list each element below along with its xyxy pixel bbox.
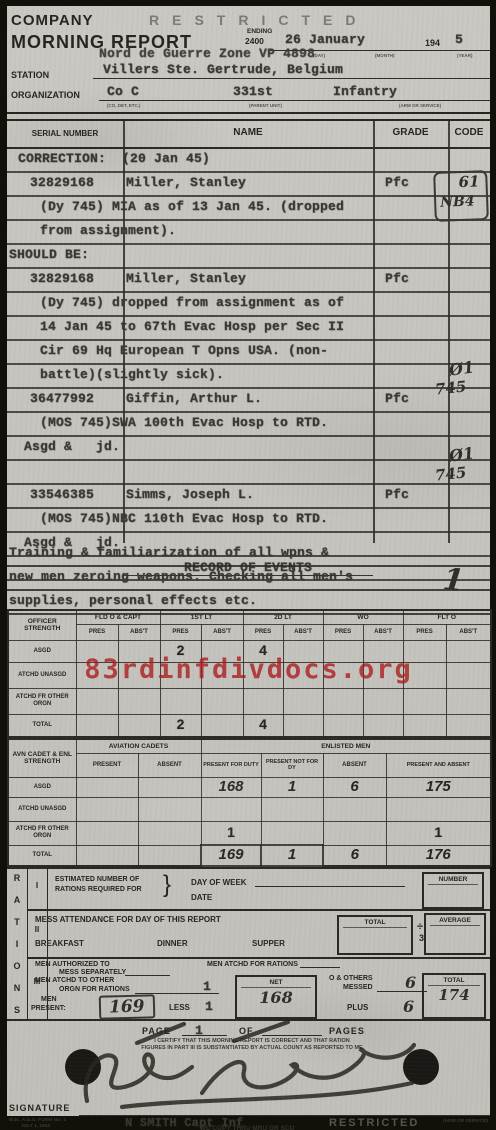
roster-line: 14 Jan 45 to 67th Evac Hosp per Sec II (40, 319, 344, 334)
plus-value: 6 (403, 997, 414, 1016)
roster-row: (MOS 745)SWA 100th Evac Hosp to RTD. (7, 413, 490, 437)
subhead-pres: PRES (76, 624, 118, 640)
rail-letter: N (14, 983, 21, 993)
report-date: 26 January (285, 32, 365, 47)
rations-rail: R A T I O N S (7, 869, 28, 1019)
officer-cell (403, 688, 446, 714)
roster-row: 33546385 Simms, Joseph L.Pfc (7, 485, 490, 509)
subhead-pres: PRES (403, 624, 446, 640)
officer-cell (323, 714, 363, 737)
number-box: NUMBER (422, 872, 484, 909)
col-present-and-absent: PRESENT AND ABSENT (386, 753, 491, 777)
men-atchd-other-line1: MEN ATCHD TO OTHER (35, 977, 114, 984)
enlisted-cell (201, 797, 261, 821)
roster-grade: Pfc (385, 175, 409, 190)
roster-grade: Pfc (385, 487, 409, 502)
subhead-abst: ABS'T (446, 624, 491, 640)
code-giffin-top: Ø1 (448, 357, 475, 379)
roster-line: (MOS 745)SWA 100th Evac Hosp to RTD. (40, 415, 328, 430)
events-line: Training & familiarization of all wpns & (9, 545, 329, 560)
roster-row: Asgd & jd. (7, 437, 490, 461)
officer-cell: 2 (160, 714, 201, 737)
enlisted-cell (138, 845, 201, 866)
events-row: supplies, personal effects etc. (7, 591, 490, 615)
enlisted-cell (138, 797, 201, 821)
roster-table: SERIAL NUMBER NAME GRADE CODE CORRECTION… (7, 121, 490, 543)
subhead-pres: PRES (323, 624, 363, 640)
officer-cell (243, 688, 283, 714)
roster-row (7, 461, 490, 485)
roster-row: battle)(slightly sick). (7, 365, 490, 389)
record-of-events: Training & familiarization of all wpns &… (7, 543, 490, 609)
organization-label: ORGANIZATION (11, 90, 80, 100)
station-rule (93, 78, 490, 79)
atchd-for-rations-line (300, 967, 340, 968)
roster-line: battle)(slightly sick). (40, 367, 224, 382)
roster-grade: Pfc (385, 271, 409, 286)
enlisted-cell: 1 (261, 845, 323, 866)
rail-letter: S (14, 1005, 20, 1015)
roster-row: 36477992 Giffin, Arthur L.Pfc (7, 389, 490, 413)
roster-row: from assignment). (7, 221, 490, 245)
signature-scrawl (62, 1021, 442, 1121)
present-label: PRESENT: (31, 1005, 66, 1012)
roster-line: 33546385 Simms, Joseph L. (30, 487, 254, 502)
enlisted-cell (323, 797, 386, 821)
rail-letter: I (16, 939, 19, 949)
officer-cell (363, 714, 403, 737)
roster-line: from assignment). (40, 223, 176, 238)
certification-area: PAGE 1 OF PAGES I CERTIFY THAT THIS MORN… (7, 1021, 490, 1129)
code-miller-bottom: NB4 (440, 194, 475, 211)
enlisted-row-label: ASGD (8, 777, 76, 797)
officer-cell: 4 (243, 714, 283, 737)
col-header-code: CODE (448, 127, 490, 138)
enlisted-cell: 176 (386, 845, 491, 866)
col-present-not-for-dy: PRESENT NOT FOR DY (261, 753, 323, 777)
enlisted-cell (76, 845, 138, 866)
roster-grade: Pfc (385, 391, 409, 406)
org-parent-sublabel: (PARENT UNIT) (249, 103, 282, 108)
dinner-label: DINNER (157, 939, 188, 948)
brace: } (163, 871, 171, 899)
form-header: COMPANY RESTRICTED MORNING REPORT ENDING… (7, 6, 490, 112)
officer-cell (118, 714, 160, 737)
o-and-others-value: 6 (405, 973, 416, 992)
col-present: PRESENT (76, 753, 138, 777)
code-simms-top: Ø1 (448, 443, 475, 465)
supper-label: SUPPER (252, 939, 285, 948)
day-of-week-label: DAY OF WEEK (191, 878, 247, 887)
station-label: STATION (11, 70, 49, 80)
restricted-stamp-top: RESTRICTED (149, 12, 368, 28)
roster-line: 32829168 Miller, Stanley (30, 175, 246, 190)
month-sublabel: (MONTH) (375, 53, 395, 58)
enlisted-row-label: ATCHD FR OTHER ORGN (8, 821, 76, 845)
col-absent: ABSENT (138, 753, 201, 777)
rations-total-box: TOTAL 174 (422, 973, 486, 1019)
station-value: Villers Ste. Gertrude, Belgium (103, 62, 343, 77)
roster-row: 32829168 Miller, StanleyPfc (7, 269, 490, 293)
men-atchd-for-rations: MEN ATCHD FOR RATIONS (207, 961, 298, 968)
officer-cell (201, 714, 243, 737)
officer-cell (446, 688, 491, 714)
date-label: DATE (191, 893, 212, 902)
handwritten-code-box: 61 NB4 (433, 170, 489, 222)
o-and-others-line1: O & OTHERS (329, 975, 373, 982)
enlisted-cell (386, 797, 491, 821)
enlisted-row-label: ATCHD UNASGD (8, 797, 76, 821)
code-miller-top: 61 (458, 172, 479, 191)
rail-letter: O (13, 961, 20, 971)
officer-cell (118, 688, 160, 714)
officer-row-label: ATCHD FR OTHER ORGN (8, 688, 76, 714)
enlisted-cell (76, 821, 138, 845)
enlisted-cell (261, 821, 323, 845)
roster-row: (Dy 745) MIA as of 13 Jan 45. (dropped (7, 197, 490, 221)
code-simms-bottom: 745 (434, 463, 467, 484)
subhead-pres: PRES (243, 624, 283, 640)
enlisted-cell: 169 (201, 845, 261, 866)
officer-cell (403, 714, 446, 737)
net-box: NET 168 (235, 975, 317, 1019)
officer-cell (76, 714, 118, 737)
enlisted-cell: 168 (201, 777, 261, 797)
men-authorized-line2: MESS SEPARATELY (59, 969, 126, 976)
average-box-label: AVERAGE (430, 917, 480, 926)
subhead-abst: ABS'T (118, 624, 160, 640)
events-line: supplies, personal effects etc. (9, 593, 257, 608)
breakfast-label: BREAKFAST (35, 939, 84, 948)
enlisted-cell (138, 821, 201, 845)
wd-copy-note: WD COPY THRU MRU OR SCU (127, 1125, 367, 1130)
group-enlisted-men: ENLISTED MEN (201, 739, 491, 753)
subhead-abst: ABS'T (201, 624, 243, 640)
form-number-line2: JULY 1, 1943 (21, 1124, 50, 1129)
mess-separately-line (125, 975, 170, 976)
net-value: 168 (259, 988, 292, 1007)
rations-divider (27, 957, 490, 959)
roster-line: (Dy 745) dropped from assignment as of (40, 295, 344, 310)
divide-sign: ÷ (417, 921, 423, 933)
roster-row: 32829168 Miller, StanleyPfc (7, 173, 490, 197)
enlisted-cell: 6 (323, 777, 386, 797)
col-header-grade: GRADE (373, 127, 448, 138)
year-written: 5 (455, 32, 463, 47)
org-unit-sublabel: (CO, DET, ETC.) (107, 103, 141, 108)
events-margin-mark: 1 (441, 562, 465, 599)
org-parent-unit: 331st (233, 84, 273, 99)
men-label: MEN (41, 996, 57, 1003)
officer-cell (363, 688, 403, 714)
station-line-2: Nord de Guerre Zone VP 4898 (99, 46, 315, 61)
year-sublabel: (YEAR) (457, 53, 473, 58)
officer-cell (446, 714, 491, 737)
subhead-pres: PRES (160, 624, 201, 640)
rail-letter: R (14, 873, 21, 883)
plus-label: PLUS (347, 1003, 368, 1012)
roster-row: (Dy 745) dropped from assignment as of (7, 293, 490, 317)
o-and-others-line (377, 991, 427, 992)
o-and-others-line2: MESSED (343, 984, 373, 991)
col-present-for-duty: PRESENT FOR DUTY (201, 753, 261, 777)
organization-rule (99, 100, 490, 101)
roster-line: Cir 69 Hq European T Opns USA. (non- (40, 343, 328, 358)
roster-line: (Dy 745) MIA as of 13 Jan 45. (dropped (40, 199, 344, 214)
men-atchd-other-line2: ORGN FOR RATIONS (59, 986, 130, 993)
events-row: new men zeroing weapons. Checking all me… (7, 567, 490, 591)
mess-total-box: TOTAL (337, 915, 413, 955)
enlisted-cell (76, 777, 138, 797)
less-value: 1 (205, 999, 213, 1014)
officer-cell (160, 688, 201, 714)
enlisted-corner-label: AVN CADET & ENL STRENGTH (8, 739, 76, 777)
rail-letter: T (14, 917, 20, 927)
subhead-abst: ABS'T (363, 624, 403, 640)
enlisted-cell: 6 (323, 845, 386, 866)
men-present-value: 169 (99, 994, 155, 1019)
roster-row: 14 Jan 45 to 67th Evac Hosp per Sec II (7, 317, 490, 341)
form-title-line1: COMPANY (11, 12, 94, 29)
ending-label: ENDING (247, 28, 272, 35)
year-printed: 194 (425, 38, 440, 48)
events-row: Training & familiarization of all wpns & (7, 543, 490, 567)
mess-total-label: TOTAL (343, 919, 407, 928)
officer-row-label: TOTAL (8, 714, 76, 737)
archive-watermark: 83rdinfdivdocs.org (7, 654, 490, 685)
subhead-abst: ABS'T (283, 624, 323, 640)
roster-line: CORRECTION: (20 Jan 45) (18, 151, 210, 166)
roster-line: 32829168 Miller, Stanley (30, 271, 246, 286)
enlisted-row-label: TOTAL (8, 845, 76, 866)
roster-row: CORRECTION: (20 Jan 45) (7, 149, 490, 173)
arm-service-sublabel: (ARM OR SERVICE) (443, 1119, 488, 1124)
net-box-label: NET (241, 979, 311, 988)
officer-cell (323, 688, 363, 714)
est-rations-line1: ESTIMATED NUMBER OF (55, 876, 139, 883)
enlisted-cell (261, 797, 323, 821)
roster-line: 36477992 Giffin, Arthur L. (30, 391, 262, 406)
enlisted-cell: 175 (386, 777, 491, 797)
number-box-label: NUMBER (428, 876, 478, 885)
day-of-week-line (255, 886, 405, 887)
enlisted-cell (76, 797, 138, 821)
enlisted-cell: 1 (386, 821, 491, 845)
scanned-morning-report: COMPANY RESTRICTED MORNING REPORT ENDING… (7, 6, 490, 1116)
roster-line: SHOULD BE: (9, 247, 89, 262)
roster-row: Cir 69 Hq European T Opns USA. (non- (7, 341, 490, 365)
men-authorized-line1: MEN AUTHORIZED TO (35, 961, 110, 968)
officer-cell (283, 688, 323, 714)
group-aviation-cadets: AVIATION CADETS (76, 739, 201, 753)
roster-header-row: SERIAL NUMBER NAME GRADE CODE (7, 121, 490, 149)
events-line: new men zeroing weapons. Checking all me… (9, 569, 353, 584)
less-label: LESS (169, 1003, 190, 1012)
enlisted-strength-table: AVN CADET & ENL STRENGTH AVIATION CADETS… (7, 738, 492, 867)
mess-attendance-title: MESS ATTENDANCE FOR DAY OF THIS REPORT (35, 915, 221, 924)
enlisted-cell: 1 (261, 777, 323, 797)
org-unit: Co C (107, 84, 139, 99)
rations-total-label: TOTAL (428, 977, 480, 986)
ending-time: 2400 (245, 36, 264, 46)
col-header-serial: SERIAL NUMBER (7, 129, 123, 138)
officer-cell (76, 688, 118, 714)
org-arm: Infantry (333, 84, 397, 99)
form-number-line1: W.D., A.G.O. FORM NO. 1 (9, 1118, 66, 1123)
roster-row: (MOS 745)NBC 110th Evac Hosp to RTD. (7, 509, 490, 533)
roster-row: SHOULD BE: (7, 245, 490, 269)
double-rule (7, 112, 490, 121)
org-arm-sublabel: (ARM OR SERVICE) (399, 103, 441, 108)
rations-total-value: 174 (438, 986, 469, 1004)
enlisted-cell: 1 (201, 821, 261, 845)
section-numeral-1: I (27, 881, 47, 890)
average-box: AVERAGE (424, 913, 486, 955)
enlisted-cell (323, 821, 386, 845)
roster-line: Asgd & jd. (24, 439, 120, 454)
rations-divider (27, 909, 490, 911)
code-giffin-bottom: 745 (434, 377, 467, 398)
roster-line: (MOS 745)NBC 110th Evac Hosp to RTD. (40, 511, 328, 526)
section-numeral-2: II (27, 925, 47, 934)
rations-section: R A T I O N S I II III ESTIMATED NUMBER … (7, 867, 490, 1021)
est-rations-line2: RATIONS REQUIRED FOR (55, 886, 142, 893)
col-header-name: NAME (123, 127, 373, 138)
enlisted-cell (138, 777, 201, 797)
atchd-other-value: 1 (203, 979, 211, 994)
officer-cell (283, 714, 323, 737)
officer-cell (201, 688, 243, 714)
col-absent2: ABSENT (323, 753, 386, 777)
rail-letter: A (14, 895, 21, 905)
